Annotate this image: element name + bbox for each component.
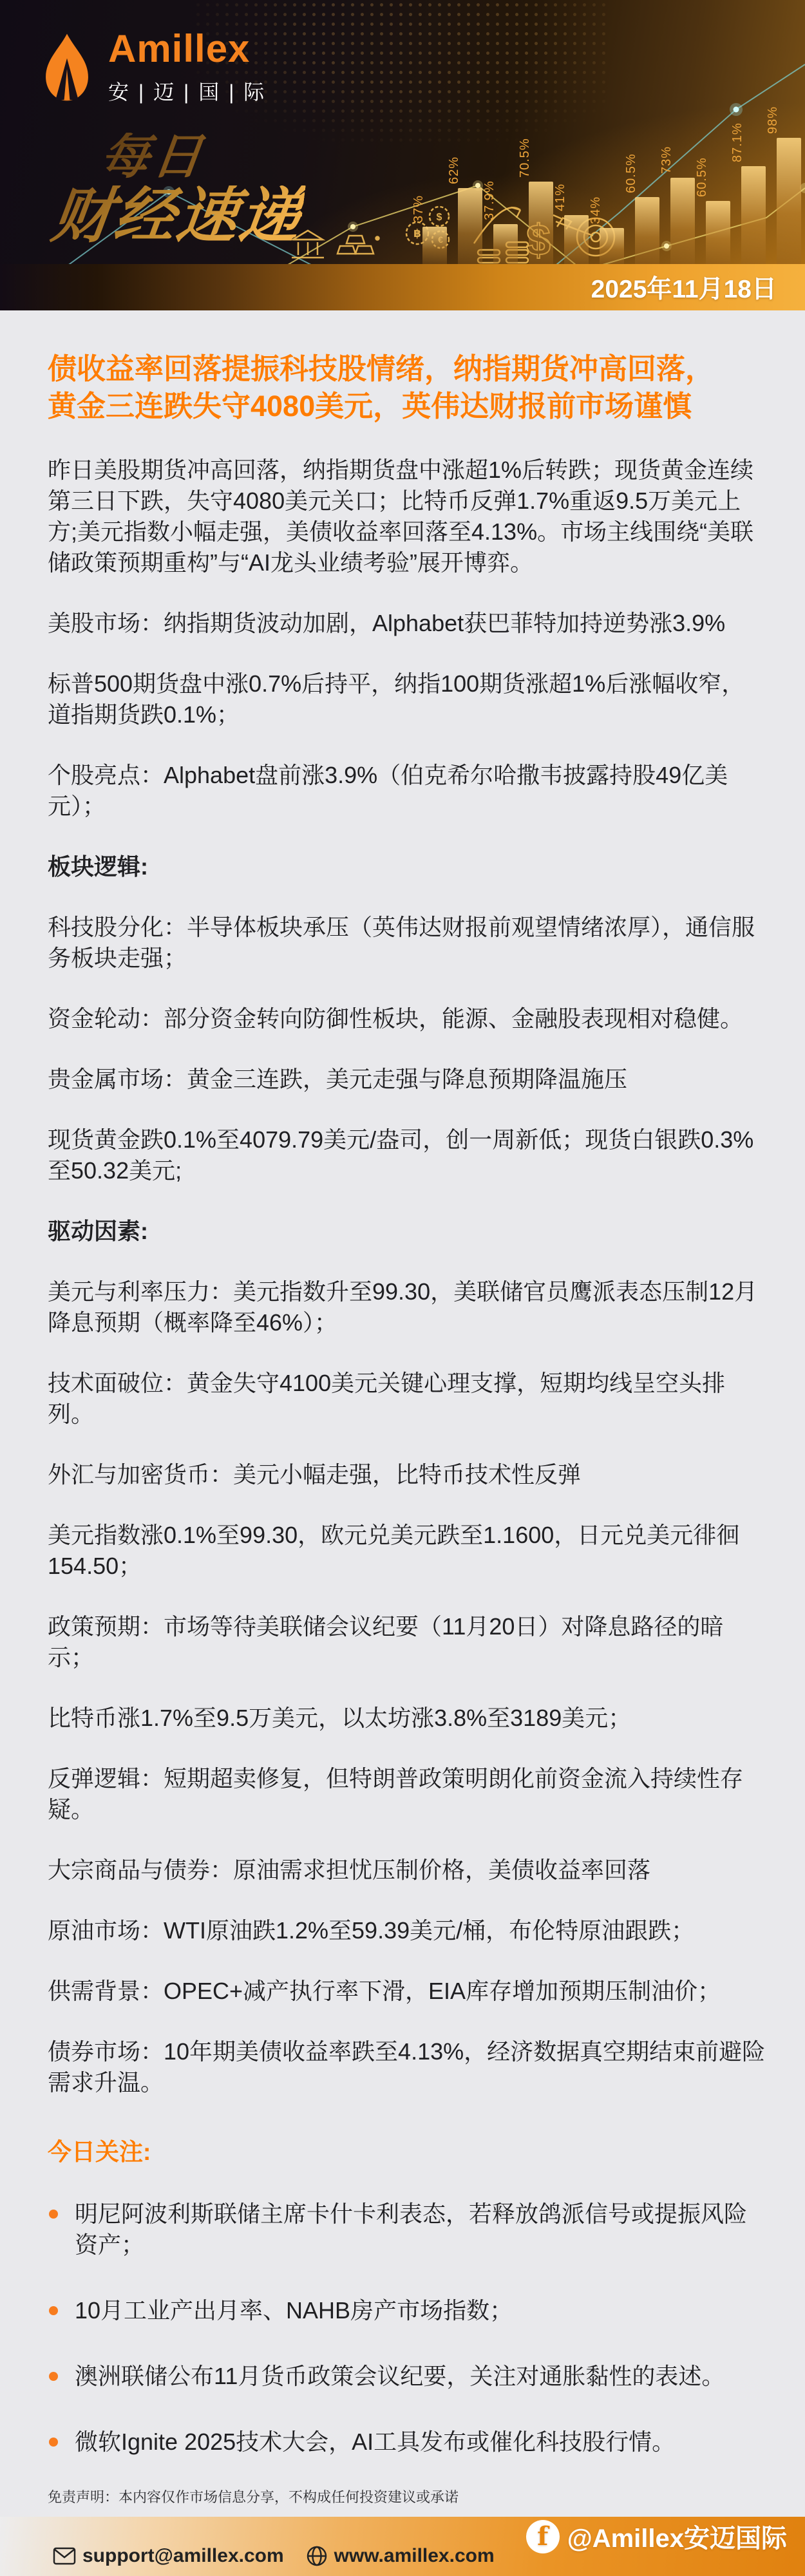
paragraph: 美元与利率压力：美元指数升至99.30，美联储官员鹰派表态压制12月降息预期（概… [48, 1276, 768, 1338]
paragraph: 美股市场：纳指期货波动加剧，Alphabet获巴菲特加持逆势涨3.9% [48, 608, 768, 639]
paragraph: 驱动因素: [48, 1216, 768, 1247]
bar-percent-label: 87.1% [730, 122, 745, 162]
paragraph: 技术面破位：黄金失守4100美元关键心理支撑，短期均线呈空头排列。 [48, 1368, 768, 1430]
paragraph: 大宗商品与债券：原油需求担忧压制价格，美债收益率回落 [48, 1855, 768, 1886]
decoration-bar: 60.5% [706, 201, 730, 264]
paragraph: 政策预期：市场等待美联储会议纪要（11月20日）对降息路径的暗示； [48, 1611, 768, 1673]
bar-percent-label: 41% [553, 184, 568, 211]
today-focus-list: 明尼阿波利斯联储主席卡什卡利表态，若释放鸽派信号或提振风险资产； 10月工业产出… [48, 2199, 768, 2458]
header-banner: ฿ $ € $ [0, 0, 805, 310]
envelope-icon [53, 2547, 76, 2565]
paragraph: 资金轮动：部分资金转向防御性板块，能源、金融股表现相对稳健。 [48, 1003, 768, 1034]
article-paragraphs: 昨日美股期货冲高回落，纳指期货盘中涨超1%后转跌；现货黄金连续第三日下跌，失守4… [48, 455, 768, 2098]
decoration-bar: 41% [564, 215, 589, 264]
decoration-bar: 73% [670, 178, 695, 264]
bar-percent-label: 70.5% [518, 138, 533, 178]
title-line-2: 财经速递 [48, 185, 306, 246]
decoration-bar: 37% [422, 227, 447, 264]
bar-percent-label: 62% [447, 156, 462, 184]
decoration-bar: 87.1% [741, 166, 766, 264]
decoration-bar: 34% [600, 228, 624, 264]
bullet-dot-icon [49, 2210, 58, 2219]
decoration-bar: 60.5% [635, 197, 659, 264]
bullet-dot-icon [49, 2306, 58, 2315]
focus-list-item: 10月工业产出月率、NAHB房产市场指数； [48, 2295, 768, 2326]
poster-title: 每日 财经速递 [48, 133, 312, 246]
focus-list-item: 微软Ignite 2025技术大会，AI工具发布或催化科技股行情。 [48, 2427, 768, 2458]
paragraph: 反弹逻辑：短期超卖修复，但特朗普政策明朗化前资金流入持续性存疑。 [48, 1763, 768, 1825]
disclaimer-text: 免责声明：本内容仅作市场信息分享，不构成任何投资建议或承诺 [48, 2486, 459, 2506]
contact-row: support@amillex.com www.amillex.com [53, 2545, 495, 2567]
email-text: support@amillex.com [82, 2545, 284, 2567]
bar-percent-label: 37% [412, 195, 426, 223]
paragraph: 个股亮点：Alphabet盘前涨3.9%（伯克希尔哈撒韦披露持股49亿美元）； [48, 760, 768, 822]
paragraph: 比特币涨1.7%至9.5万美元，以太坊涨3.8%至3189美元； [48, 1703, 768, 1734]
focus-list-item: 澳洲联储公布11月货币政策会议纪要，关注对通胀黏性的表述。 [48, 2361, 768, 2392]
issue-date: 2025年11月18日 [591, 269, 777, 305]
bullet-dot-icon [49, 2372, 58, 2381]
bar-percent-label: 37.9% [482, 180, 497, 220]
bar-percent-label: 34% [589, 196, 603, 224]
paragraph: 板块逻辑: [48, 851, 768, 882]
paragraph: 美元指数涨0.1%至99.30，欧元兑美元跌至1.1600，日元兑美元徘徊154… [48, 1520, 768, 1582]
paragraph: 贵金属市场：黄金三连跌，美元走强与降息预期降温施压 [48, 1064, 768, 1095]
focus-item-text: 澳洲联储公布11月货币政策会议纪要，关注对通胀黏性的表述。 [75, 2363, 724, 2389]
email-contact[interactable]: support@amillex.com [53, 2545, 284, 2567]
paragraph: 供需背景：OPEC+减产执行率下滑，EIA库存增加预期压制油价； [48, 1976, 768, 2007]
brand-name: Amillex [108, 30, 266, 68]
bullet-dot-icon [49, 2438, 58, 2447]
globe-icon [306, 2545, 328, 2567]
header-bar-chart: 37% 62% 37.9% 70.5% 41% 34% 60.5% 73% 60… [422, 138, 801, 264]
paragraph: 外汇与加密货币：美元小幅走强，比特币技术性反弹 [48, 1459, 768, 1490]
bar-percent-label: 98% [766, 106, 781, 134]
social-handle[interactable]: f @Amillex安迈国际 [526, 2518, 787, 2555]
gold-bars-icon [337, 236, 379, 254]
decoration-bar: 70.5% [529, 182, 553, 264]
focus-list-item: 明尼阿波利斯联储主席卡什卡利表态，若释放鸽派信号或提振风险资产； [48, 2199, 768, 2260]
social-handle-text: @Amillex安迈国际 [567, 2518, 787, 2555]
bar-percent-label: 60.5% [624, 153, 639, 193]
decoration-bar: 98% [777, 138, 801, 264]
focus-item-text: 10月工业产出月率、NAHB房产市场指数； [75, 2297, 513, 2324]
today-focus-title: 今日关注: [48, 2137, 768, 2168]
facebook-icon[interactable]: f [526, 2520, 560, 2553]
title-line-1: 每日 [97, 133, 312, 182]
paragraph: 原油市场：WTI原油跌1.2%至59.39美元/桶，布伦特原油跟跌； [48, 1915, 768, 1946]
paragraph: 债券市场：10年期美债收益率跌至4.13%，经济数据真空期结束前避险需求升温。 [48, 2036, 768, 2098]
focus-item-text: 微软Ignite 2025技术大会，AI工具发布或催化科技股行情。 [75, 2429, 675, 2455]
headline-line: 债收益率回落提振科技股情绪，纳指期货冲高回落， [48, 350, 768, 388]
brand-name-chinese: 安 | 迈 | 国 | 际 [108, 76, 266, 106]
website-text: www.amillex.com [334, 2545, 495, 2567]
flame-logo-icon [43, 30, 91, 108]
decoration-bar: 62% [458, 188, 482, 264]
decoration-bar: 37.9% [493, 224, 518, 264]
article-body: 债收益率回落提振科技股情绪，纳指期货冲高回落，黄金三连跌失守4080美元，英伟达… [0, 310, 805, 2517]
date-strip: 2025年11月18日 [0, 264, 805, 310]
paragraph: 昨日美股期货冲高回落，纳指期货盘中涨超1%后转跌；现货黄金连续第三日下跌，失守4… [48, 455, 768, 578]
footer-bar: f @Amillex安迈国际 support@amillex.com www.a… [0, 2517, 805, 2576]
bar-percent-label: 73% [659, 146, 674, 174]
paragraph: 科技股分化：半导体板块承压（英伟达财报前观望情绪浓厚），通信服务板块走强； [48, 912, 768, 974]
paragraph: 现货黄金跌0.1%至4079.79美元/盎司，创一周新低；现货白银跌0.3%至5… [48, 1124, 768, 1186]
focus-item-text: 明尼阿波利斯联储主席卡什卡利表态，若释放鸽派信号或提振风险资产； [75, 2201, 747, 2258]
article-headline: 债收益率回落提振科技股情绪，纳指期货冲高回落，黄金三连跌失守4080美元，英伟达… [48, 350, 768, 425]
paragraph: 标普500期货盘中涨0.7%后持平，纳指100期货涨超1%后涨幅收窄，道指期货跌… [48, 668, 768, 730]
website-contact[interactable]: www.amillex.com [306, 2545, 495, 2567]
brand-logo: Amillex 安 | 迈 | 国 | 际 [43, 30, 266, 108]
daily-finance-poster: ฿ $ € $ [0, 0, 805, 2576]
svg-text:฿: ฿ [413, 227, 421, 240]
bar-percent-label: 60.5% [695, 157, 710, 197]
headline-line: 黄金三连跌失守4080美元，英伟达财报前市场谨慎 [48, 388, 768, 425]
